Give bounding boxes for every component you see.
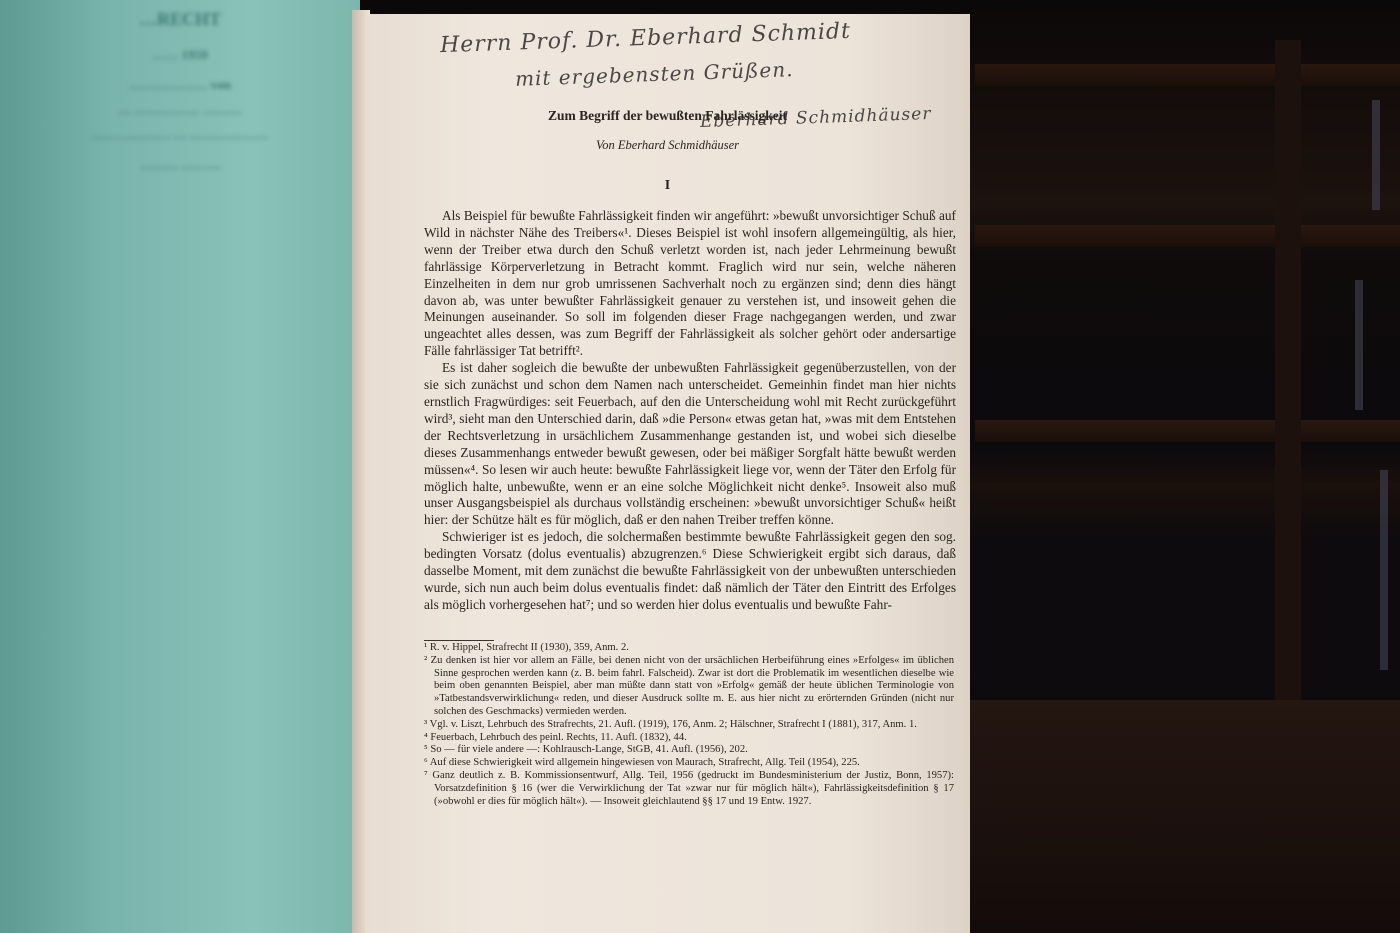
footnote: ⁴ Feuerbach, Lehrbuch des peinl. Rechts,… bbox=[424, 732, 954, 745]
blurred-line: ……………… … ……………… bbox=[10, 125, 350, 144]
paragraph: Als Beispiel für bewußte Fahrlässigkeit … bbox=[424, 208, 956, 360]
shelf-board bbox=[975, 420, 1400, 442]
article-author: Von Eberhard Schmidhäuser bbox=[365, 138, 970, 153]
footnotes: ¹ R. v. Hippel, Strafrecht II (1930), 35… bbox=[424, 642, 954, 808]
shelf-board bbox=[975, 225, 1400, 247]
footnote: ² Zu denken ist hier vor allem an Fälle,… bbox=[424, 655, 954, 719]
inscription-line2: mit ergebensten Grüßen. bbox=[515, 57, 794, 91]
right-page: Herrn Prof. Dr. Eberhard Schmidt mit erg… bbox=[365, 14, 970, 933]
article-title: Zum Begriff der bewußten Fahrlässigkeit bbox=[365, 108, 970, 124]
desk-surface bbox=[960, 700, 1400, 933]
left-heading: …RECHT bbox=[10, 10, 350, 29]
footnote: ¹ R. v. Hippel, Strafrecht II (1930), 35… bbox=[424, 642, 954, 655]
footnote: ⁵ So — für viele andere —: Kohlrausch-La… bbox=[424, 744, 954, 757]
shelf-board bbox=[975, 64, 1400, 86]
blurred-line: ……………… von bbox=[10, 75, 350, 94]
blurred-line: ……… ……… bbox=[10, 155, 350, 174]
section-number: I bbox=[365, 178, 970, 194]
left-page: …RECHT …… 1959 ……………… von … …………… ……… ……… bbox=[0, 0, 360, 933]
book-spine bbox=[1372, 100, 1380, 210]
blurred-line: …… 1959 bbox=[10, 45, 350, 64]
paragraph: Schwieriger ist es jedoch, die solcherma… bbox=[424, 529, 956, 614]
footnote: ⁷ Ganz deutlich z. B. Kommissionsentwurf… bbox=[424, 770, 954, 808]
paragraph: Es ist daher sogleich die bewußte der un… bbox=[424, 360, 956, 529]
footnote-rule bbox=[424, 640, 494, 641]
footnote: ⁶ Auf diese Schwierigkeit wird allgemein… bbox=[424, 757, 954, 770]
blurred-line: … …………… ……… bbox=[10, 100, 350, 119]
book-spine bbox=[1380, 470, 1388, 670]
book-spine bbox=[1355, 280, 1363, 410]
footnote: ³ Vgl. v. Liszt, Lehrbuch des Strafrecht… bbox=[424, 719, 954, 732]
inscription-line1: Herrn Prof. Dr. Eberhard Schmidt bbox=[440, 19, 852, 58]
article-body: Als Beispiel für bewußte Fahrlässigkeit … bbox=[424, 208, 956, 614]
